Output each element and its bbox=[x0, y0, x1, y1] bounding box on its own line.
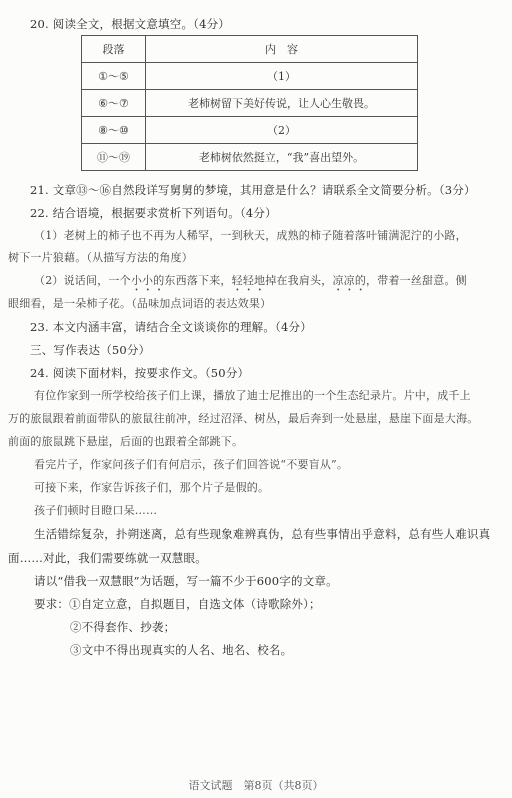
q24-prompt: 请以“借我一双慧眼”为话题，写一篇不少于600字的文章。 bbox=[34, 574, 338, 588]
q24-p5-line1: 生活错综复杂，扑朔迷离，总有些现象难辨真伪，总有些事情出乎意料，总有些人难识真 bbox=[34, 527, 490, 541]
q24-p4: 孩子们顿时目瞪口呆…… bbox=[34, 504, 157, 518]
table-row: ①～⑤ （1） bbox=[82, 63, 418, 90]
cell-content: （1） bbox=[146, 63, 418, 90]
table-header-row: 段落 内 容 bbox=[82, 36, 418, 63]
section-3-heading: 三、写作表达（50分） bbox=[30, 343, 150, 357]
table-row: ⑥～⑦ 老柿树留下美好传说，让人心生敬畏。 bbox=[82, 90, 418, 117]
q22-s1-line2: 树下一片狼藉。（从描写方法的角度） bbox=[8, 251, 193, 265]
table-row: ⑧～⑩ （2） bbox=[82, 117, 418, 144]
q22-s2-dotted-1: 小小的 bbox=[131, 274, 165, 287]
q24-p3: 可接下来，作家告诉孩子们，那个片子是假的。 bbox=[34, 481, 269, 495]
q24-title: 24. 阅读下面材料，按要求作文。（50分） bbox=[30, 366, 249, 380]
q22-s2-b: 东西落下来， bbox=[164, 274, 231, 287]
q22-s2-line2: 眼细看，是一朵柿子花。（品味加点词语的表达效果） bbox=[8, 297, 271, 311]
q22-s2-d: ，带着一丝甜意。侧 bbox=[366, 274, 467, 287]
q23: 23. 本文内涵丰富，请结合全文谈谈你的理解。（4分） bbox=[30, 320, 312, 334]
cell-content: 老柿树依然挺立，“我”喜出望外。 bbox=[146, 144, 418, 171]
q22-s2-dotted-3: 凉凉的 bbox=[332, 274, 366, 287]
q24-req2: ②不得套作、抄袭； bbox=[70, 620, 175, 634]
table-row: ⑪～⑲ 老柿树依然挺立，“我”喜出望外。 bbox=[82, 144, 418, 171]
cell-content: 老柿树留下美好传说，让人心生敬畏。 bbox=[146, 90, 418, 117]
q22-s2-line1: （2）说话间，一个小小的东西落下来，轻轻地掉在我肩头，凉凉的，带着一丝甜意。侧 bbox=[34, 274, 467, 294]
q24-p5-line2: 面……对此，我们需要练就一双慧眼。 bbox=[8, 551, 207, 565]
q22-s2-c: 掉在我肩头， bbox=[265, 274, 332, 287]
q20-title: 20. 阅读全文，根据文意填空。（4分） bbox=[30, 17, 230, 31]
cell-para: ⑧～⑩ bbox=[82, 117, 146, 144]
cell-content: （2） bbox=[146, 117, 418, 144]
q24-req1: 要求：①自定立意，自拟题目，自选文体（诗歌除外）； bbox=[34, 597, 321, 611]
q22-s2-a: （2）说话间，一个 bbox=[34, 274, 131, 287]
q24-p1-line2: 万的旅鼠跟着前面带队的旅鼠往前冲，经过沼泽、树丛，最后奔到一处悬崖，悬崖下面是大… bbox=[8, 412, 478, 426]
q22-s1-line1: （1）老树上的柿子也不再为人稀罕，一到秋天，成熟的柿子随着落叶铺满泥泞的小路， bbox=[34, 229, 467, 243]
cell-para: ①～⑤ bbox=[82, 63, 146, 90]
cell-para: ⑪～⑲ bbox=[82, 144, 146, 171]
q22-title: 22. 结合语境，根据要求赏析下列语句。（4分） bbox=[30, 206, 277, 220]
q20-table: 段落 内 容 ①～⑤ （1） ⑥～⑦ 老柿树留下美好传说，让人心生敬畏。 ⑧～⑩… bbox=[81, 35, 418, 171]
q24-p1-line3: 前面的旅鼠跳下悬崖，后面的也跟着全部跳下。 bbox=[8, 435, 243, 449]
q24-p2: 看完片子，作家问孩子们有何启示，孩子们回答说“不要盲从”。 bbox=[34, 458, 348, 472]
q21: 21. 文章⑬～⑯自然段详写舅舅的梦境，其用意是什么？请联系全文简要分析。（3分… bbox=[30, 183, 476, 197]
page-footer: 语文试题 第8页（共8页） bbox=[0, 777, 512, 793]
cell-para: ⑥～⑦ bbox=[82, 90, 146, 117]
q24-req3: ③文中不得出现真实的人名、地名、校名。 bbox=[70, 643, 292, 657]
q22-s2-dotted-2: 轻轻地 bbox=[232, 274, 266, 287]
q24-p1-line1: 有位作家到一所学校给孩子们上课，播放了迪士尼推出的一个生态纪录片。片中，成千上 bbox=[34, 389, 471, 403]
header-content: 内 容 bbox=[146, 36, 418, 63]
header-para: 段落 bbox=[82, 36, 146, 63]
